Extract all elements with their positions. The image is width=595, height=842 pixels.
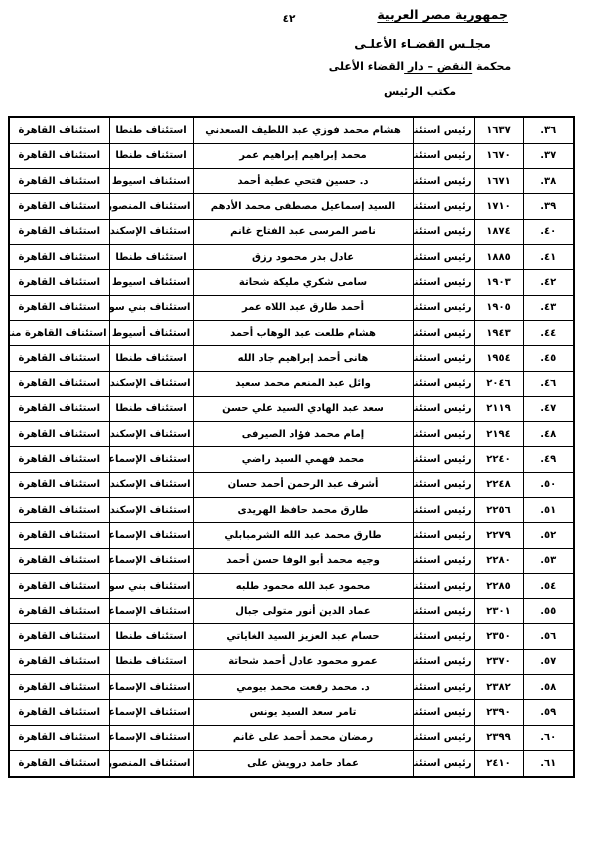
cell-index: ٥٦.: [523, 624, 574, 649]
cell-index: ٤٥.: [523, 346, 574, 371]
cell-court-from: استئناف أسيوط: [109, 320, 193, 345]
cell-name: هشام محمد فوزي عبد اللطيف السعدني: [193, 117, 413, 143]
cell-code: ٢٣٧٠: [474, 649, 523, 674]
cell-code: ٢٢٨٠: [474, 548, 523, 573]
table-row: ٣٧.١٦٧٠رئيس استئنافمحمد إبراهيم إبراهيم …: [9, 143, 574, 168]
cell-title: رئيس استئناف: [413, 472, 474, 497]
cell-court-to: استئناف القاهرة منتدب: [9, 320, 109, 345]
cell-court-from: استئناف الإسكندرية: [109, 472, 193, 497]
cell-title: رئيس استئناف: [413, 396, 474, 421]
table-row: ٤٧.٢١١٩رئيس استئنافسعد عبد الهادي السيد …: [9, 396, 574, 421]
table-row: ٥٢.٢٢٧٩رئيس استئنافطارق محمد عبد الله ال…: [9, 523, 574, 548]
cell-title: رئيس استئناف: [413, 320, 474, 345]
cell-title: رئيس استئناف: [413, 750, 474, 777]
table-row: ٥٨.٢٣٨٢رئيس استئنافد. محمد رفعت محمد بيو…: [9, 675, 574, 700]
cell-court-from: استئناف المنصورة: [109, 750, 193, 777]
cell-title: رئيس استئناف: [413, 675, 474, 700]
cell-court-to: استئناف القاهرة: [9, 599, 109, 624]
cell-code: ٢٣٥٠: [474, 624, 523, 649]
table-row: ٤٤.١٩٤٣رئيس استئنافهشام طلعت عبد الوهاب …: [9, 320, 574, 345]
cell-court-from: استئناف اسيوط: [109, 169, 193, 194]
cell-code: ٢٢٤٠: [474, 447, 523, 472]
table-row: ٤٠.١٨٧٤رئيس استئنافناصر المرسى عبد الفتا…: [9, 219, 574, 244]
cell-name: سعد عبد الهادي السيد علي حسن: [193, 396, 413, 421]
table-row: ٤٣.١٩٠٥رئيس استئنافأحمد طارق عبد اللاه ع…: [9, 295, 574, 320]
cell-court-from: استئناف الإسماعيلية: [109, 523, 193, 548]
cell-court-to: استئناف القاهرة: [9, 498, 109, 523]
table-row: ٤٦.٢٠٤٦رئيس استئنافوائل عبد المنعم محمد …: [9, 371, 574, 396]
cell-code: ٢٣٨٢: [474, 675, 523, 700]
cell-court-from: استئناف طنطا: [109, 624, 193, 649]
cell-court-to: استئناف القاهرة: [9, 219, 109, 244]
cell-index: ٤٣.: [523, 295, 574, 320]
cell-name: محمود عبد الله محمود طلبه: [193, 573, 413, 598]
court-title-part2: النقض – دار: [404, 60, 472, 73]
cell-index: ٤٧.: [523, 396, 574, 421]
cell-court-from: استئناف طنطا: [109, 396, 193, 421]
cell-index: ٣٦.: [523, 117, 574, 143]
cell-code: ١٩٤٣: [474, 320, 523, 345]
cell-court-from: استئناف الإسكندرية: [109, 371, 193, 396]
cell-name: ناصر المرسى عبد الفتاح غانم: [193, 219, 413, 244]
cell-title: رئيس استئناف: [413, 624, 474, 649]
cell-court-from: استئناف طنطا: [109, 649, 193, 674]
cell-code: ١٨٧٤: [474, 219, 523, 244]
cell-index: ٥٣.: [523, 548, 574, 573]
court-title-part3: القضاء الأعلى: [329, 60, 404, 73]
cell-court-to: استئناف القاهرة: [9, 143, 109, 168]
cell-name: هشام طلعت عبد الوهاب أحمد: [193, 320, 413, 345]
cell-code: ٢٢٨٥: [474, 573, 523, 598]
table-row: ٣٦.١٦٣٧رئيس استئنافهشام محمد فوزي عبد ال…: [9, 117, 574, 143]
cell-court-from: استئناف طنطا: [109, 117, 193, 143]
table-row: ٥٥.٢٣٠١رئيس استئنافعماد الدين أنور متولى…: [9, 599, 574, 624]
cell-index: ٥٩.: [523, 700, 574, 725]
council-title: مجلـس القضـاء الأعلـى: [340, 37, 505, 51]
table-row: ٥١.٢٢٥٦رئيس استئنافطارق محمد حافظ الهريد…: [9, 498, 574, 523]
cell-code: ٢٠٤٦: [474, 371, 523, 396]
table-row: ٥٣.٢٢٨٠رئيس استئنافوجيه محمد أبو الوفا ح…: [9, 548, 574, 573]
cell-name: عمرو محمود عادل أحمد شحاتة: [193, 649, 413, 674]
cell-court-to: استئناف القاهرة: [9, 523, 109, 548]
cell-court-to: استئناف القاهرة: [9, 371, 109, 396]
cell-court-to: استئناف القاهرة: [9, 675, 109, 700]
cell-title: رئيس استئناف: [413, 447, 474, 472]
cell-code: ٢٣٩٠: [474, 700, 523, 725]
cell-court-to: استئناف القاهرة: [9, 725, 109, 750]
cell-court-from: استئناف اسيوط: [109, 270, 193, 295]
cell-code: ١٦٧١: [474, 169, 523, 194]
table-row: ٣٨.١٦٧١رئيس استئنافد. حسين فتحي عطية أحم…: [9, 169, 574, 194]
cell-name: رمضان محمد أحمد على غانم: [193, 725, 413, 750]
cell-name: طارق محمد حافظ الهريدى: [193, 498, 413, 523]
cell-index: ٤٠.: [523, 219, 574, 244]
cell-court-from: استئناف بني سويف: [109, 295, 193, 320]
table-row: ٤٨.٢١٩٤رئيس استئنافإمام محمد فؤاد الصيرف…: [9, 422, 574, 447]
cell-title: رئيس استئناف: [413, 700, 474, 725]
cell-code: ١٩٠٣: [474, 270, 523, 295]
cell-court-to: استئناف القاهرة: [9, 346, 109, 371]
cell-court-from: استئناف الإسماعيلية: [109, 725, 193, 750]
cell-name: أشرف عبد الرحمن أحمد حسان: [193, 472, 413, 497]
cell-court-to: استئناف القاهرة: [9, 295, 109, 320]
cell-code: ١٨٨٥: [474, 245, 523, 270]
cell-court-from: استئناف المنصورة: [109, 194, 193, 219]
cell-title: رئيس استئناف: [413, 143, 474, 168]
cell-title: رئيس استئناف: [413, 573, 474, 598]
cell-title: رئيس استئناف: [413, 371, 474, 396]
cell-title: رئيس استئناف: [413, 117, 474, 143]
cell-code: ٢٢٥٦: [474, 498, 523, 523]
cell-code: ١٧١٠: [474, 194, 523, 219]
office-title: مكتب الرئيس: [370, 85, 470, 98]
table-row: ٤٥.١٩٥٤رئيس استئنافهانى أحمد إبراهيم جاد…: [9, 346, 574, 371]
cell-index: ٥٢.: [523, 523, 574, 548]
cell-title: رئيس استئناف: [413, 548, 474, 573]
cell-title: رئيس استئناف: [413, 169, 474, 194]
cell-name: د. محمد رفعت محمد بيومي: [193, 675, 413, 700]
cell-index: ٤٦.: [523, 371, 574, 396]
cell-code: ٢٢٧٩: [474, 523, 523, 548]
cell-court-to: استئناف القاهرة: [9, 117, 109, 143]
cell-name: محمد فهمي السيد راضي: [193, 447, 413, 472]
cell-name: د. حسين فتحي عطية أحمد: [193, 169, 413, 194]
cell-code: ٢٢٤٨: [474, 472, 523, 497]
cell-index: ٤١.: [523, 245, 574, 270]
cell-index: ٤٩.: [523, 447, 574, 472]
cell-name: إمام محمد فؤاد الصيرفى: [193, 422, 413, 447]
table-row: ٥٠.٢٢٤٨رئيس استئنافأشرف عبد الرحمن أحمد …: [9, 472, 574, 497]
cell-code: ١٩٥٤: [474, 346, 523, 371]
cell-court-to: استئناف القاهرة: [9, 447, 109, 472]
cell-code: ٢٣٠١: [474, 599, 523, 624]
cell-title: رئيس استئناف: [413, 422, 474, 447]
cell-title: رئيس استئناف: [413, 194, 474, 219]
cell-court-to: استئناف القاهرة: [9, 422, 109, 447]
cell-name: عادل بدر محمود رزق: [193, 245, 413, 270]
cell-court-from: استئناف الإسماعيلية: [109, 700, 193, 725]
cell-court-from: استئناف طنطا: [109, 245, 193, 270]
cell-court-to: استئناف القاهرة: [9, 169, 109, 194]
court-title: محكمة النقض – دار القضاء الأعلى: [315, 60, 525, 73]
cell-title: رئيس استئناف: [413, 245, 474, 270]
cell-court-from: استئناف طنطا: [109, 346, 193, 371]
cell-index: ٣٨.: [523, 169, 574, 194]
cell-code: ٢١١٩: [474, 396, 523, 421]
cell-court-to: استئناف القاهرة: [9, 396, 109, 421]
cell-name: تامر سعد السيد يونس: [193, 700, 413, 725]
cell-title: رئيس استئناف: [413, 599, 474, 624]
cell-index: ٥٠.: [523, 472, 574, 497]
table-row: ٥٧.٢٣٧٠رئيس استئنافعمرو محمود عادل أحمد …: [9, 649, 574, 674]
judges-table-body: ٣٦.١٦٣٧رئيس استئنافهشام محمد فوزي عبد ال…: [9, 117, 574, 777]
cell-court-from: استئناف الإسماعيلية: [109, 548, 193, 573]
cell-name: وائل عبد المنعم محمد سعيد: [193, 371, 413, 396]
cell-title: رئيس استئناف: [413, 346, 474, 371]
cell-title: رئيس استئناف: [413, 219, 474, 244]
cell-name: محمد إبراهيم إبراهيم عمر: [193, 143, 413, 168]
cell-name: أحمد طارق عبد اللاه عمر: [193, 295, 413, 320]
cell-name: حسام عبد العزيز السيد الغاياتي: [193, 624, 413, 649]
cell-court-from: استئناف الإسكندرية: [109, 219, 193, 244]
cell-title: رئيس استئناف: [413, 523, 474, 548]
cell-title: رئيس استئناف: [413, 270, 474, 295]
document-page: جمهورية مصر العربية ٤٢ مجلـس القضـاء الأ…: [0, 0, 595, 842]
cell-court-from: استئناف بني سويف: [109, 573, 193, 598]
cell-court-to: استئناف القاهرة: [9, 194, 109, 219]
cell-court-to: استئناف القاهرة: [9, 573, 109, 598]
table-row: ٦١.٢٤١٠رئيس استئنافعماد حامد درويش علىاس…: [9, 750, 574, 777]
page-number: ٤٢: [272, 13, 306, 25]
cell-index: ٣٩.: [523, 194, 574, 219]
judges-table: ٣٦.١٦٣٧رئيس استئنافهشام محمد فوزي عبد ال…: [8, 116, 575, 778]
table-row: ٦٠.٢٣٩٩رئيس استئنافرمضان محمد أحمد على غ…: [9, 725, 574, 750]
cell-code: ١٩٠٥: [474, 295, 523, 320]
cell-code: ٢١٩٤: [474, 422, 523, 447]
cell-index: ٣٧.: [523, 143, 574, 168]
court-title-part1: محكمة: [472, 60, 511, 73]
table-row: ٤٢.١٩٠٣رئيس استئنافسامى شكري مليكة شحاتة…: [9, 270, 574, 295]
cell-code: ٢٣٩٩: [474, 725, 523, 750]
table-row: ٥٦.٢٣٥٠رئيس استئنافحسام عبد العزيز السيد…: [9, 624, 574, 649]
cell-court-to: استئناف القاهرة: [9, 700, 109, 725]
cell-court-from: استئناف الإسماعيلية: [109, 447, 193, 472]
cell-court-from: استئناف الإسماعيلية: [109, 599, 193, 624]
table-row: ٤٩.٢٢٤٠رئيس استئنافمحمد فهمي السيد راضيا…: [9, 447, 574, 472]
cell-title: رئيس استئناف: [413, 295, 474, 320]
cell-index: ٥٤.: [523, 573, 574, 598]
cell-index: ٤٢.: [523, 270, 574, 295]
cell-index: ٤٨.: [523, 422, 574, 447]
table-row: ٥٩.٢٣٩٠رئيس استئنافتامر سعد السيد يونساس…: [9, 700, 574, 725]
cell-index: ٥١.: [523, 498, 574, 523]
cell-court-to: استئناف القاهرة: [9, 624, 109, 649]
cell-title: رئيس استئناف: [413, 725, 474, 750]
cell-name: السيد إسماعيل مصطفى محمد الأدهم: [193, 194, 413, 219]
cell-title: رئيس استئناف: [413, 498, 474, 523]
cell-name: عماد حامد درويش على: [193, 750, 413, 777]
cell-court-to: استئناف القاهرة: [9, 472, 109, 497]
table-row: ٥٤.٢٢٨٥رئيس استئنافمحمود عبد الله محمود …: [9, 573, 574, 598]
table-row: ٣٩.١٧١٠رئيس استئنافالسيد إسماعيل مصطفى م…: [9, 194, 574, 219]
cell-name: عماد الدين أنور متولى جبال: [193, 599, 413, 624]
cell-court-to: استئناف القاهرة: [9, 649, 109, 674]
cell-court-from: استئناف الإسكندرية: [109, 498, 193, 523]
cell-court-to: استئناف القاهرة: [9, 548, 109, 573]
table-row: ٤١.١٨٨٥رئيس استئنافعادل بدر محمود رزقاست…: [9, 245, 574, 270]
cell-code: ٢٤١٠: [474, 750, 523, 777]
cell-court-to: استئناف القاهرة: [9, 750, 109, 777]
cell-title: رئيس استئناف: [413, 649, 474, 674]
cell-name: سامى شكري مليكة شحاتة: [193, 270, 413, 295]
cell-index: ٤٤.: [523, 320, 574, 345]
cell-index: ٦١.: [523, 750, 574, 777]
cell-court-from: استئناف طنطا: [109, 143, 193, 168]
cell-index: ٥٧.: [523, 649, 574, 674]
cell-index: ٥٨.: [523, 675, 574, 700]
cell-court-from: استئناف الإسكندرية: [109, 422, 193, 447]
cell-name: هانى أحمد إبراهيم جاد الله: [193, 346, 413, 371]
republic-title: جمهورية مصر العربية: [408, 7, 508, 22]
cell-name: وجيه محمد أبو الوفا حسن أحمد: [193, 548, 413, 573]
cell-code: ١٦٣٧: [474, 117, 523, 143]
cell-court-to: استئناف القاهرة: [9, 270, 109, 295]
cell-index: ٥٥.: [523, 599, 574, 624]
cell-name: طارق محمد عبد الله الشرمبابلي: [193, 523, 413, 548]
cell-index: ٦٠.: [523, 725, 574, 750]
cell-code: ١٦٧٠: [474, 143, 523, 168]
cell-court-from: استئناف الإسماعيلية: [109, 675, 193, 700]
cell-court-to: استئناف القاهرة: [9, 245, 109, 270]
